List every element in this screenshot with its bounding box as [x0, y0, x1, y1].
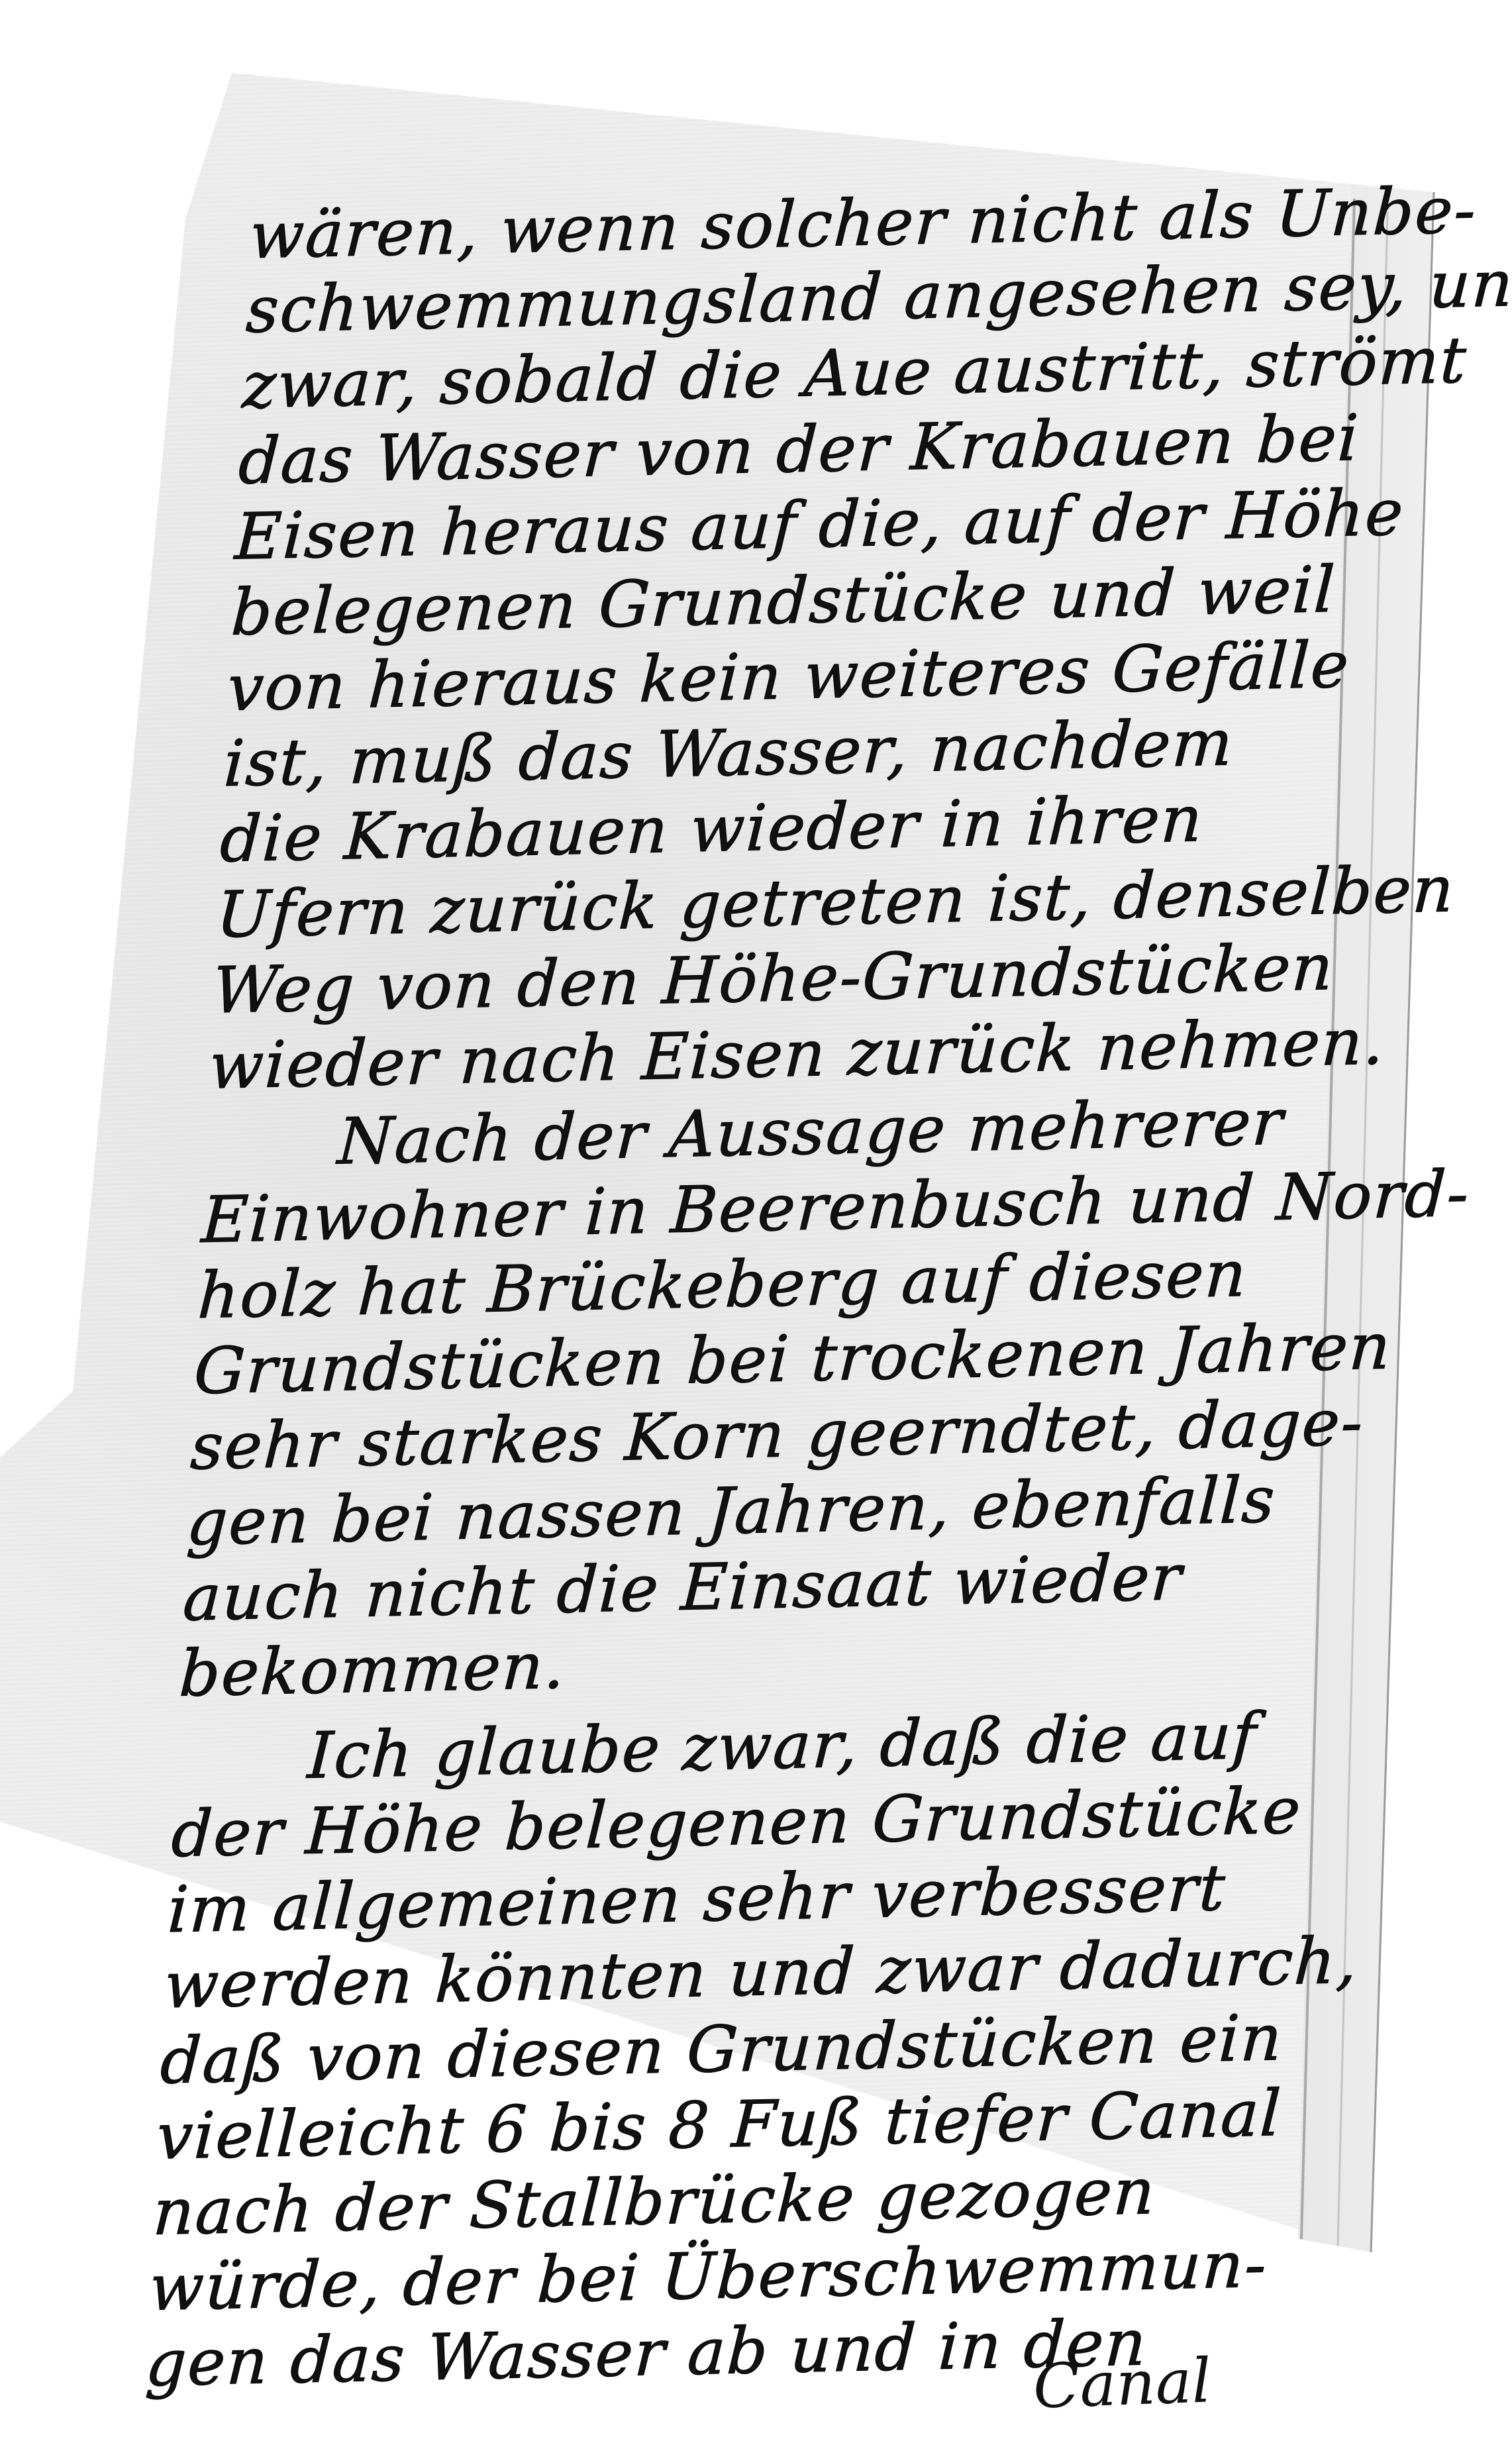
catchword-signature: Canal [1032, 2345, 1212, 2422]
text-line: bekommen. [177, 1628, 568, 1710]
scanned-page: wären, wenn solcher nicht als Unbe- schw… [0, 0, 1512, 2449]
